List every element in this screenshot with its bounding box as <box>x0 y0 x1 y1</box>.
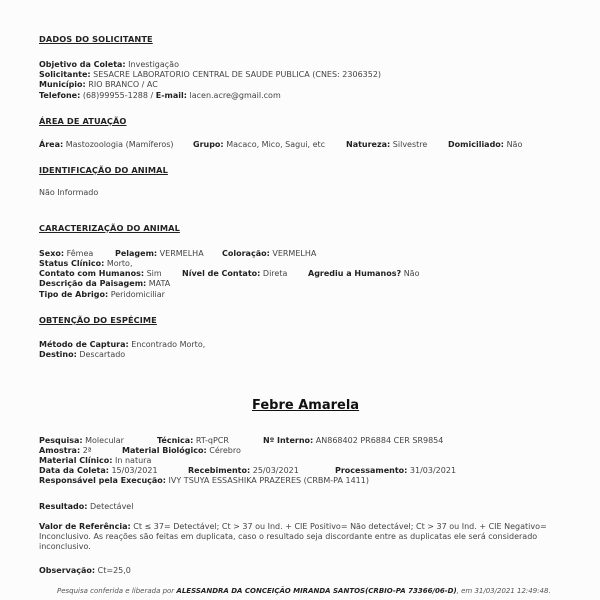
resultado-label: Resultado: <box>39 502 87 511</box>
telefone-row: Telefone: (68)99955-1288 / E-mail: lacen… <box>39 91 281 101</box>
email-label: E-mail: <box>156 91 187 100</box>
telefone-value: (68)99955-1288 / <box>83 91 153 100</box>
pesquisa-cell: Pesquisa: Molecular <box>39 436 124 446</box>
observacao-label: Observação: <box>39 566 95 575</box>
area-cell: Área: Mastozoologia (Mamíferos) <box>39 140 174 150</box>
domiciliado-value: Não <box>507 140 523 149</box>
pelagem-value: VERMELHA <box>160 249 204 258</box>
recebimento-cell: Recebimento: 25/03/2021 <box>188 466 299 476</box>
destino-row: Destino: Descartado <box>39 350 125 360</box>
referencia-line-3: inconclusivo. <box>39 542 91 552</box>
grupo-cell: Grupo: Macaco, Mico, Sagui, etc <box>193 140 325 150</box>
solicitante-row: Solicitante: SESACRE LABORATORIO CENTRAL… <box>39 70 381 80</box>
natureza-cell: Natureza: Silvestre <box>346 140 427 150</box>
section-title-caracterizacao: CARACTERIZAÇÃO DO ANIMAL <box>39 223 180 233</box>
referencia-line-1: Valor de Referência: Ct ≤ 37= Detectável… <box>39 522 547 532</box>
material-clin-label: Material Clínico: <box>39 456 112 465</box>
sexo-cell: Sexo: Fêmea <box>39 249 93 259</box>
interno-value: AN868402 PR6884 CER SR9854 <box>316 436 444 445</box>
abrigo-label: Tipo de Abrigo: <box>39 290 108 299</box>
objetivo-value: Investigação <box>128 60 179 69</box>
nivel-cell: Nível de Contato: Direta <box>182 269 287 279</box>
contato-cell: Contato com Humanos: Sim <box>39 269 162 279</box>
interno-cell: Nº Interno: AN868402 PR6884 CER SR9854 <box>263 436 443 446</box>
status-label: Status Clínico: <box>39 259 104 268</box>
section-title-identificacao: IDENTIFICAÇÃO DO ANIMAL <box>39 165 168 175</box>
coloracao-label: Coloração: <box>222 249 270 258</box>
objetivo-label: Objetivo da Coleta: <box>39 60 126 69</box>
municipio-row: Município: RIO BRANCO / AC <box>39 80 158 90</box>
material-clin-row: Material Clínico: In natura <box>39 456 151 466</box>
agrediu-label: Agrediu a Humanos? <box>308 269 401 278</box>
agrediu-cell: Agrediu a Humanos? Não <box>308 269 419 279</box>
amostra-value: 2ª <box>83 446 92 455</box>
status-value: Morto, <box>107 259 133 268</box>
observacao-value: Ct=25,0 <box>98 566 131 575</box>
material-clin-value: In natura <box>115 456 151 465</box>
paisagem-row: Descrição da Paisagem: MATA <box>39 279 170 289</box>
abrigo-row: Tipo de Abrigo: Peridomiciliar <box>39 290 165 300</box>
exam-title: Febre Amarela <box>252 398 359 413</box>
recebimento-label: Recebimento: <box>188 466 250 475</box>
paisagem-label: Descrição da Paisagem: <box>39 279 146 288</box>
domiciliado-cell: Domiciliado: Não <box>448 140 522 150</box>
metodo-value: Encontrado Morto, <box>131 340 205 349</box>
coloracao-cell: Coloração: VERMELHA <box>222 249 316 259</box>
resultado-value: Detectável <box>90 502 133 511</box>
data-coleta-value: 15/03/2021 <box>111 466 157 475</box>
contato-label: Contato com Humanos: <box>39 269 144 278</box>
destino-label: Destino: <box>39 350 77 359</box>
tecnica-label: Técnica: <box>157 436 193 445</box>
material-bio-cell: Material Biológico: Cérebro <box>122 446 241 456</box>
area-label: Área: <box>39 140 63 149</box>
identificacao-value: Não Informado <box>39 188 98 198</box>
area-value: Mastozoologia (Mamíferos) <box>66 140 174 149</box>
municipio-value: RIO BRANCO / AC <box>88 80 158 89</box>
pelagem-label: Pelagem: <box>115 249 157 258</box>
contato-value: Sim <box>147 269 162 278</box>
referencia-line-2: Inconclusivo. As reações são feitas em d… <box>39 532 537 542</box>
responsavel-label: Responsável pela Execução: <box>39 476 166 485</box>
solicitante-value: SESACRE LABORATORIO CENTRAL DE SAUDE PUB… <box>93 70 381 79</box>
natureza-label: Natureza: <box>346 140 390 149</box>
lab-report-page: DADOS DO SOLICITANTE Objetivo da Coleta:… <box>0 0 600 600</box>
pesquisa-value: Molecular <box>85 436 124 445</box>
objetivo-row: Objetivo da Coleta: Investigação <box>39 60 179 70</box>
pesquisa-label: Pesquisa: <box>39 436 83 445</box>
agrediu-value: Não <box>404 269 420 278</box>
sexo-value: Fêmea <box>67 249 94 258</box>
coloracao-value: VERMELHA <box>272 249 316 258</box>
section-title-solicitante: DADOS DO SOLICITANTE <box>39 34 153 44</box>
email-value: lacen.acre@gmail.com <box>190 91 281 100</box>
grupo-value: Macaco, Mico, Sagui, etc <box>226 140 325 149</box>
data-coleta-cell: Data da Coleta: 15/03/2021 <box>39 466 158 476</box>
signature-suffix: , em 31/03/2021 12:49:48. <box>457 587 551 595</box>
referencia-label: Valor de Referência: <box>39 522 131 531</box>
responsavel-row: Responsável pela Execução: IVY TSUYA ESS… <box>39 476 369 486</box>
recebimento-value: 25/03/2021 <box>253 466 299 475</box>
processamento-cell: Processamento: 31/03/2021 <box>335 466 456 476</box>
sexo-label: Sexo: <box>39 249 64 258</box>
section-title-area: ÁREA DE ATUAÇÃO <box>39 116 126 126</box>
domiciliado-label: Domiciliado: <box>448 140 504 149</box>
natureza-value: Silvestre <box>393 140 428 149</box>
pelagem-cell: Pelagem: VERMELHA <box>115 249 204 259</box>
metodo-label: Método de Captura: <box>39 340 129 349</box>
municipio-label: Município: <box>39 80 86 89</box>
abrigo-value: Peridomiciliar <box>111 290 165 299</box>
section-title-obtencao: OBTENÇÃO DO ESPÉCIME <box>39 315 157 325</box>
metodo-row: Método de Captura: Encontrado Morto, <box>39 340 205 350</box>
amostra-label: Amostra: <box>39 446 80 455</box>
destino-value: Descartado <box>79 350 125 359</box>
material-bio-label: Material Biológico: <box>122 446 207 455</box>
observacao-row: Observação: Ct=25,0 <box>39 566 131 576</box>
telefone-label: Telefone: <box>39 91 80 100</box>
grupo-label: Grupo: <box>193 140 224 149</box>
status-row: Status Clínico: Morto, <box>39 259 133 269</box>
data-coleta-label: Data da Coleta: <box>39 466 109 475</box>
processamento-label: Processamento: <box>335 466 407 475</box>
release-signature: Pesquisa conferida e liberada por ALESSA… <box>57 587 551 595</box>
nivel-value: Direta <box>263 269 287 278</box>
material-bio-value: Cérebro <box>209 446 241 455</box>
interno-label: Nº Interno: <box>263 436 313 445</box>
signature-prefix: Pesquisa conferida e liberada por <box>57 587 174 595</box>
resultado-row: Resultado: Detectável <box>39 502 133 512</box>
solicitante-label: Solicitante: <box>39 70 91 79</box>
tecnica-value: RT-qPCR <box>196 436 229 445</box>
processamento-value: 31/03/2021 <box>410 466 456 475</box>
tecnica-cell: Técnica: RT-qPCR <box>157 436 229 446</box>
responsavel-value: IVY TSUYA ESSASHIKA PRAZERES (CRBM-PA 14… <box>169 476 369 485</box>
paisagem-value: MATA <box>149 279 171 288</box>
nivel-label: Nível de Contato: <box>182 269 260 278</box>
signature-name: ALESSANDRA DA CONCEIÇÃO MIRANDA SANTOS(C… <box>176 587 456 595</box>
amostra-cell: Amostra: 2ª <box>39 446 92 456</box>
